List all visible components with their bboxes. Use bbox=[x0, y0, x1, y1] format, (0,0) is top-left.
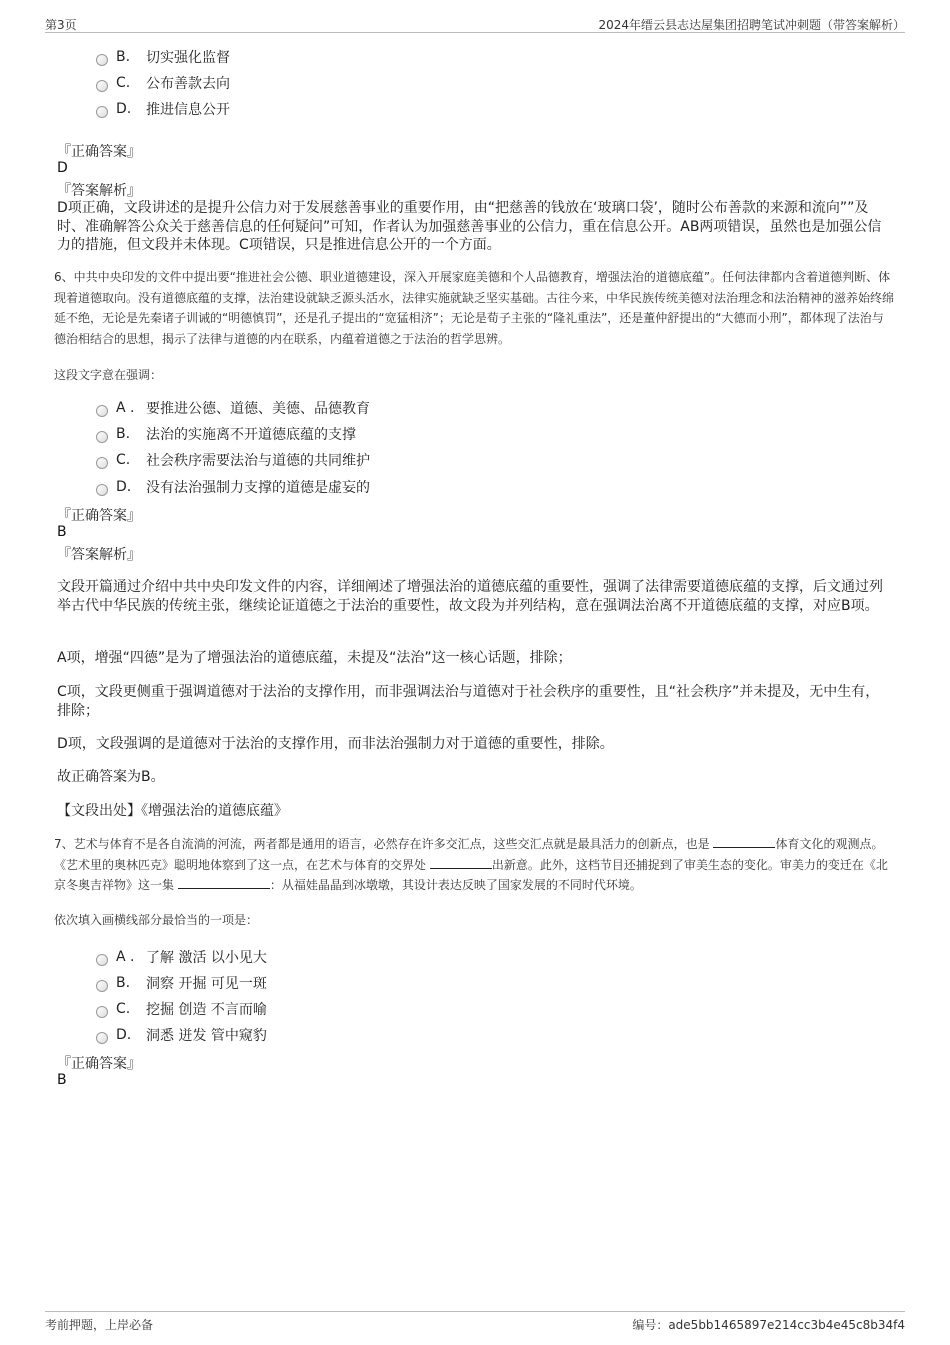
q6-option-c[interactable]: C. 社会秩序需要法治与道德的共同维护 bbox=[96, 450, 370, 470]
document-serial: 编号：ade5bb1465897e214cc3b4e45c8b34f4 bbox=[632, 1316, 905, 1333]
radio-icon[interactable] bbox=[96, 1006, 108, 1018]
q6-analysis-option-c: C项，文段更侧重于强调道德对于法治的支撑作用，而非强调法治与道德对于社会秩序的重… bbox=[57, 683, 892, 720]
radio-icon[interactable] bbox=[96, 431, 108, 443]
radio-icon[interactable] bbox=[96, 80, 108, 92]
radio-icon[interactable] bbox=[96, 54, 108, 66]
q6-answer-label: 『正确答案』 bbox=[57, 505, 141, 525]
q6-analysis-option-a: A项，增强“四德”是为了增强法治的道德底蕴，未提及“法治”这一核心话题，排除； bbox=[57, 649, 892, 668]
blank-3 bbox=[178, 876, 270, 889]
q6-option-a[interactable]: A . 要推进公德、道德、美德、品德教育 bbox=[96, 398, 370, 418]
q7-prompt: 依次填入画横线部分最恰当的一项是： bbox=[54, 911, 258, 928]
q6-analysis-option-d: D项，文段强调的是道德对于法治的支撑作用，而非法治强制力对于道德的重要性，排除。 bbox=[57, 735, 892, 754]
q5-option-c[interactable]: C. 公布善款去向 bbox=[96, 73, 230, 93]
footer-slogan: 考前押题，上岸必备 bbox=[45, 1316, 153, 1333]
radio-icon[interactable] bbox=[96, 954, 108, 966]
q5-answer-label: 『正确答案』 bbox=[57, 141, 141, 161]
q5-analysis: D项正确，文段讲述的是提升公信力对于发展慈善事业的重要作用，由“把慈善的钱放在‘… bbox=[57, 199, 892, 255]
q5-option-b[interactable]: B. 切实强化监督 bbox=[96, 47, 230, 67]
q6-source: 【文段出处】《增强法治的道德底蕴》 bbox=[57, 802, 892, 821]
radio-icon[interactable] bbox=[96, 457, 108, 469]
q5-option-d[interactable]: D. 推进信息公开 bbox=[96, 99, 230, 119]
q6-option-b[interactable]: B. 法治的实施离不开道德底蕴的支撑 bbox=[96, 424, 356, 444]
q7-option-d[interactable]: D. 洞悉 迸发 管中窥豹 bbox=[96, 1025, 267, 1045]
q7-answer: B bbox=[57, 1072, 67, 1088]
q7-option-b[interactable]: B. 洞察 开掘 可见一斑 bbox=[96, 973, 267, 993]
q6-analysis-main: 文段开篇通过介绍中共中央印发文件的内容，详细阐述了增强法治的道德底蕴的重要性，强… bbox=[57, 578, 892, 615]
q6-prompt: 这段文字意在强调： bbox=[54, 366, 162, 383]
q7-option-c[interactable]: C. 挖掘 创造 不言而喻 bbox=[96, 999, 267, 1019]
q5-analysis-label: 『答案解析』 bbox=[57, 180, 141, 200]
radio-icon[interactable] bbox=[96, 980, 108, 992]
q7-option-a[interactable]: A . 了解 激活 以小见大 bbox=[96, 947, 267, 967]
blank-2 bbox=[430, 856, 492, 869]
radio-icon[interactable] bbox=[96, 484, 108, 496]
radio-icon[interactable] bbox=[96, 1032, 108, 1044]
q6-conclusion: 故正确答案为B。 bbox=[57, 768, 892, 787]
blank-1 bbox=[713, 835, 775, 848]
radio-icon[interactable] bbox=[96, 106, 108, 118]
q6-stem: 6、中共中央印发的文件中提出要“推进社会公德、职业道德建设，深入开展家庭美德和个… bbox=[54, 267, 894, 349]
q5-answer: D bbox=[57, 160, 68, 176]
q7-answer-label: 『正确答案』 bbox=[57, 1053, 141, 1073]
page-header: 第3页 2024年缙云县志达屋集团招聘笔试冲刺题（带答案解析） bbox=[45, 14, 905, 33]
page-number: 第3页 bbox=[45, 16, 77, 33]
page-footer: 考前押题，上岸必备 编号：ade5bb1465897e214cc3b4e45c8… bbox=[45, 1311, 905, 1332]
radio-icon[interactable] bbox=[96, 405, 108, 417]
q6-analysis-label: 『答案解析』 bbox=[57, 544, 141, 564]
q6-answer: B bbox=[57, 524, 67, 540]
document-title: 2024年缙云县志达屋集团招聘笔试冲刺题（带答案解析） bbox=[598, 16, 905, 33]
q7-stem: 7、艺术与体育不是各自流淌的河流，两者都是通用的语言，必然存在许多交汇点，这些交… bbox=[54, 834, 894, 896]
q6-option-d[interactable]: D. 没有法治强制力支撑的道德是虚妄的 bbox=[96, 477, 370, 497]
